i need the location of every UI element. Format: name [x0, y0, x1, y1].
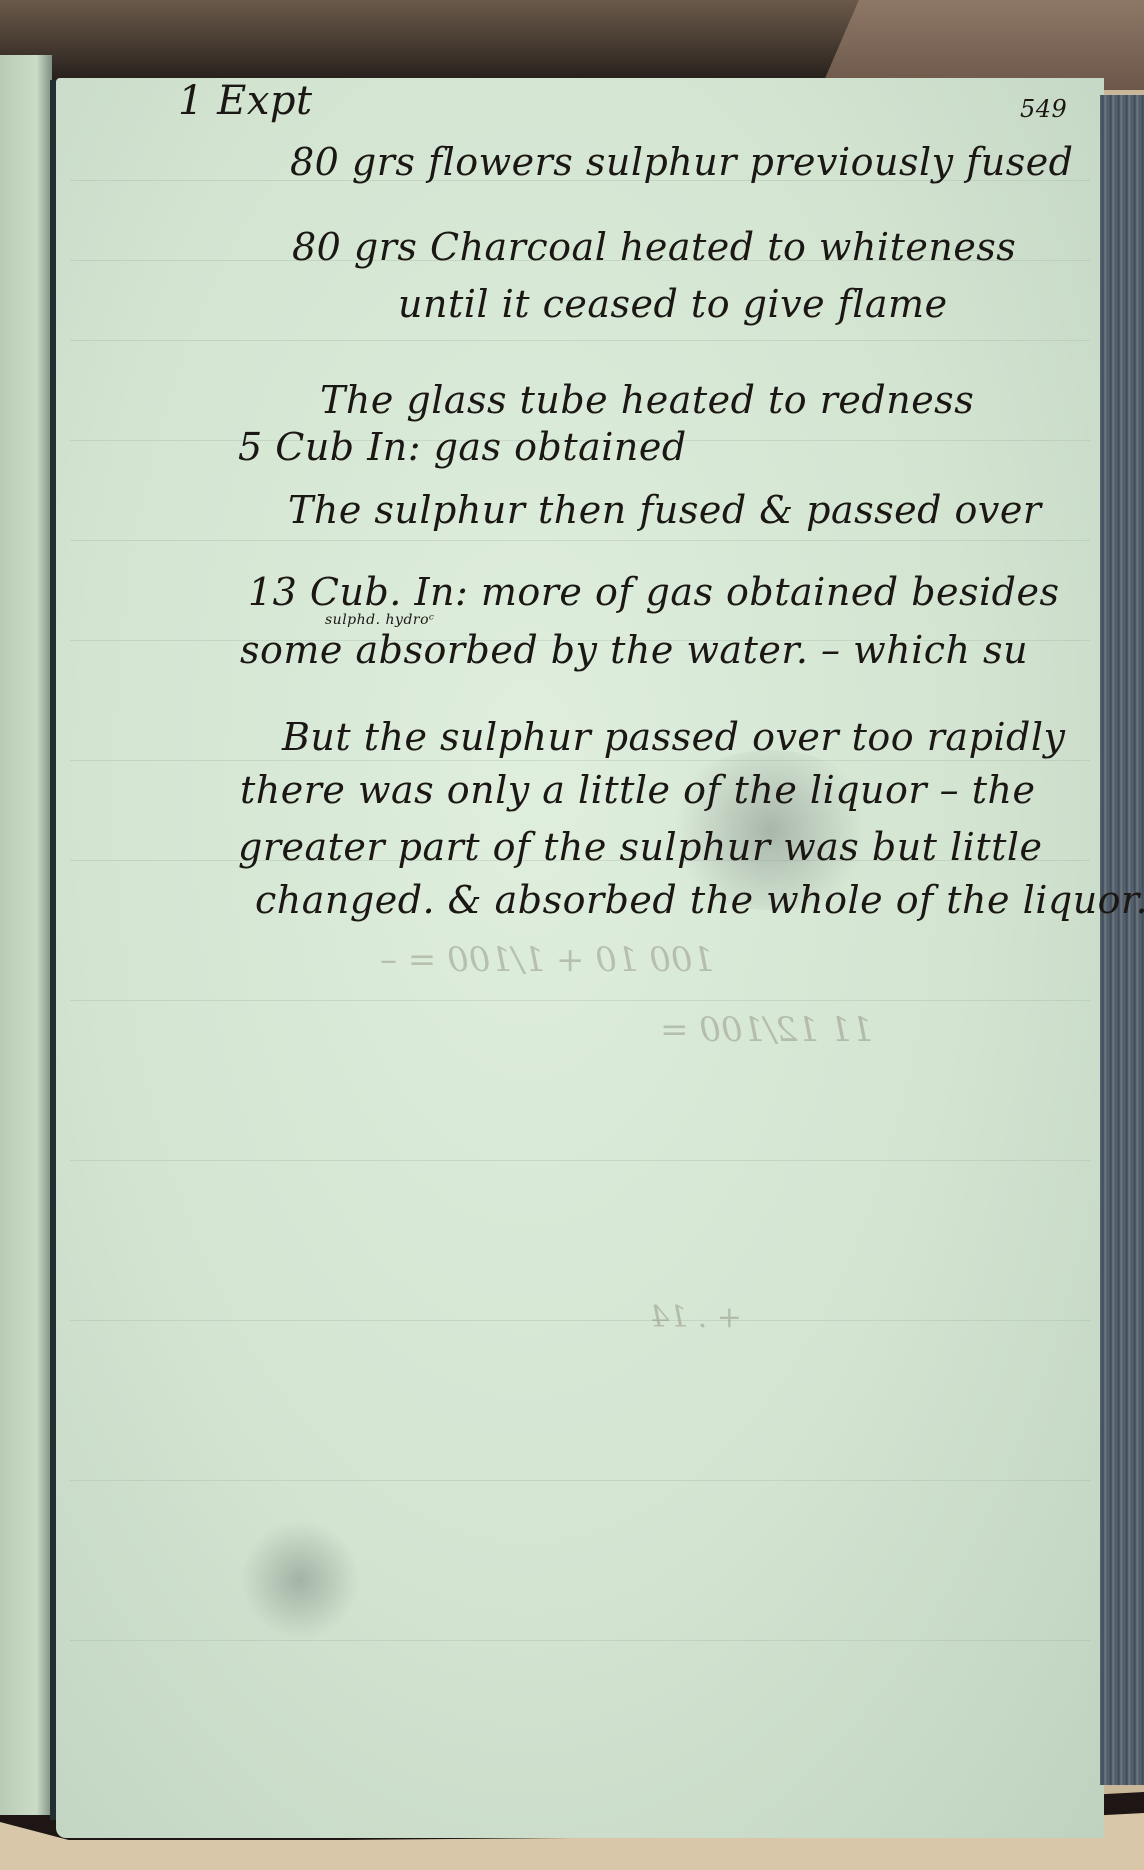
facing-page-edge: [0, 55, 52, 1815]
page-number: 549: [1020, 95, 1067, 123]
ruled-line: [70, 1000, 1090, 1001]
experiment-heading: 1 Expt: [178, 78, 313, 124]
text-line-5: 5 Cub In: gas obtained: [238, 425, 687, 469]
photo-scene: 549 1 Expt 80 grs flowers sulphur previo…: [0, 0, 1144, 1870]
text-line-12: changed. & absorbed the whole of the liq…: [255, 878, 1144, 922]
ink-stain: [240, 1520, 360, 1640]
text-line-1: 80 grs flowers sulphur previously fused: [290, 140, 1074, 184]
ruled-line: [70, 1160, 1090, 1161]
bleed-through-row-2: 11 12/100 =: [660, 1010, 873, 1050]
text-line-8: some absorbed by the water. – which su: [240, 628, 1028, 672]
page-block-fore-edge: [1100, 95, 1144, 1785]
text-line-3: until it ceased to give flame: [398, 282, 948, 326]
bleed-through-row-1: 100 10 + 1/100 = –: [380, 940, 714, 980]
text-line-2: 80 grs Charcoal heated to whiteness: [292, 225, 1016, 269]
text-line-6: The sulphur then fused & passed over: [288, 488, 1042, 532]
wooden-book-cradle: [820, 0, 1144, 90]
ruled-line: [70, 540, 1090, 541]
interlinear-insertion: sulphd. hydroᶜ: [325, 612, 434, 628]
text-line-11: greater part of the sulphur was but litt…: [238, 825, 1043, 869]
text-line-10: there was only a little of the liquor – …: [240, 768, 1035, 812]
ruled-line: [70, 340, 1090, 341]
text-line-7: 13 Cub. In: more of gas obtained besides: [248, 570, 1060, 614]
bleed-through-row-3: + . 14: [650, 1300, 742, 1335]
ruled-line: [70, 1640, 1090, 1641]
text-line-4: The glass tube heated to redness: [320, 378, 974, 422]
text-line-9: But the sulphur passed over too rapidly: [282, 715, 1066, 759]
ruled-line: [70, 1480, 1090, 1481]
ruled-line: [70, 1320, 1090, 1321]
ruled-line: [70, 760, 1090, 761]
